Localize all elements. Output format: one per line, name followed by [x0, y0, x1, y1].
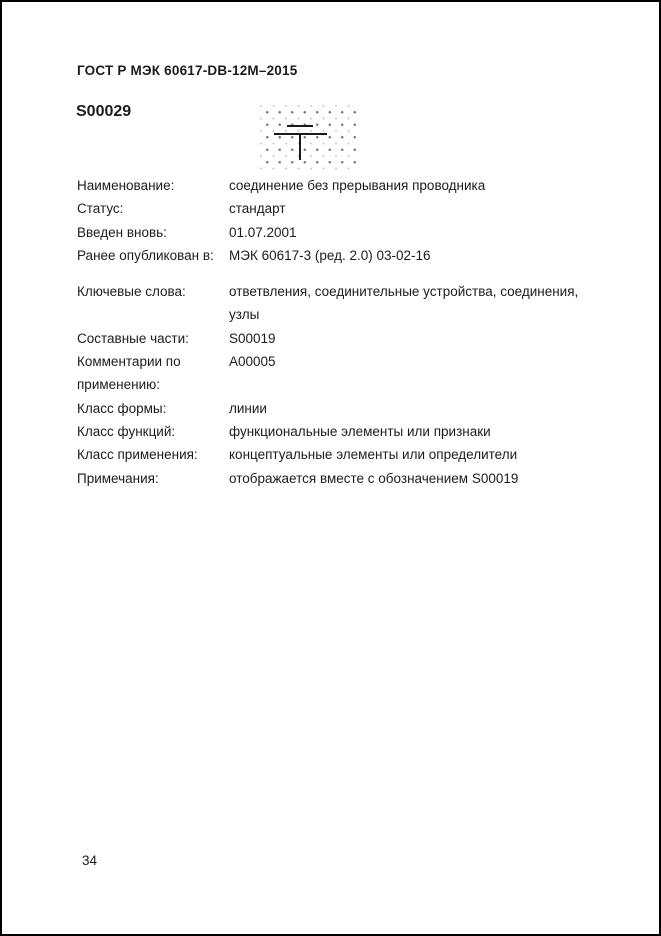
property-label: Наименование: — [77, 174, 229, 197]
property-value: функциональные элементы или признаки — [229, 420, 581, 443]
property-value: МЭК 60617-3 (ред. 2.0) 03-02-16 — [229, 244, 581, 267]
property-label: Ранее опубликован в: — [77, 244, 229, 267]
property-label: Составные части: — [77, 327, 229, 350]
property-value: соединение без прерывания проводника — [229, 174, 581, 197]
property-value: отображается вместе с обозначением S0001… — [229, 467, 581, 490]
symbol-short-bar-icon — [287, 125, 313, 127]
property-label: Комментарии по применению: — [77, 350, 229, 397]
property-value: A00005 — [229, 350, 581, 373]
symbol-vertical-line-icon — [299, 133, 301, 160]
property-label: Примечания: — [77, 467, 229, 490]
property-label: Класс функций: — [77, 420, 229, 443]
row-application-class: Класс применения: концептуальные элемент… — [77, 443, 587, 466]
symbol-id-heading: S00029 — [76, 103, 131, 121]
row-status: Статус: стандарт — [77, 197, 587, 220]
row-reintroduced-date: Введен вновь: 01.07.2001 — [77, 221, 587, 244]
property-value: 01.07.2001 — [229, 221, 581, 244]
page-number: 34 — [82, 853, 97, 868]
property-value: концептуальные элементы или определители — [229, 443, 581, 466]
standard-designation-header: ГОСТ Р МЭК 60617-DB-12M–2015 — [77, 63, 297, 78]
row-application-comments: Комментарии по применению: A00005 — [77, 350, 587, 397]
row-previously-published: Ранее опубликован в: МЭК 60617-3 (ред. 2… — [77, 244, 587, 267]
property-label: Статус: — [77, 197, 229, 220]
property-label: Введен вновь: — [77, 221, 229, 244]
row-shape-class: Класс формы: линии — [77, 397, 587, 420]
property-value: линии — [229, 397, 581, 420]
properties-list: Наименование: соединение без прерывания … — [77, 174, 587, 490]
symbol-drawing-dot-grid — [258, 102, 356, 172]
property-label: Класс применения: — [77, 443, 229, 466]
property-label: Класс формы: — [77, 397, 229, 420]
property-value: S00019 — [229, 327, 581, 350]
property-value: стандарт — [229, 197, 581, 220]
property-value: ответвления, соединительные устройства, … — [229, 280, 581, 327]
row-keywords: Ключевые слова: ответвления, соединитель… — [77, 280, 587, 327]
row-component-parts: Составные части: S00019 — [77, 327, 587, 350]
row-name: Наименование: соединение без прерывания … — [77, 174, 587, 197]
property-label: Ключевые слова: — [77, 280, 229, 303]
row-function-class: Класс функций: функциональные элементы и… — [77, 420, 587, 443]
document-page: ГОСТ Р МЭК 60617-DB-12M–2015 S00029 Наим… — [0, 0, 661, 936]
row-notes: Примечания: отображается вместе с обозна… — [77, 467, 587, 490]
